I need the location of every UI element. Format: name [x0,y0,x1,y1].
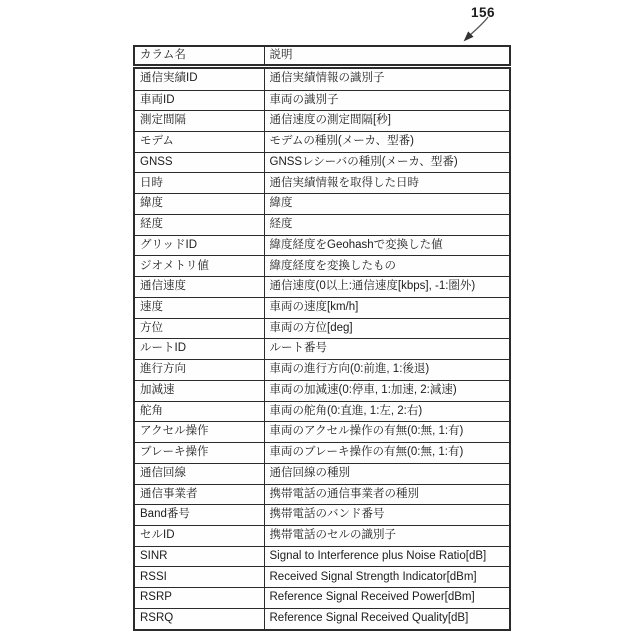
description-cell: 緯度 [264,194,510,215]
table-row: 経度 経度 [134,214,510,235]
description-cell: 車両のブレーキ操作の有無(0:無, 1:有) [264,443,510,464]
description-cell: 車両の加減速(0:停車, 1:加速, 2:減速) [264,380,510,401]
description-cell: 携帯電話の通信事業者の種別 [264,484,510,505]
table-row: 方位 車両の方位[deg] [134,318,510,339]
table-row: グリッドID 緯度経度をGeohashで変換した値 [134,235,510,256]
column-name-cell: Band番号 [134,505,264,526]
table-row: SINR Signal to Interference plus Noise R… [134,546,510,567]
description-cell: 車両の速度[km/h] [264,297,510,318]
column-name-cell: 進行方向 [134,360,264,381]
column-name-cell: 通信回線 [134,463,264,484]
description-cell: 通信速度(0以上:通信速度[kbps], -1:圏外) [264,277,510,298]
column-name-cell: RSRP [134,588,264,609]
column-name-header: カラム名 [134,46,264,66]
description-cell: 通信実績情報の識別子 [264,66,510,90]
description-cell: 車両の識別子 [264,90,510,111]
table-row: RSSI Received Signal Strength Indicator[… [134,567,510,588]
column-name-cell: ジオメトリ値 [134,256,264,277]
column-name-cell: 舵角 [134,401,264,422]
table-row: 速度 車両の速度[km/h] [134,297,510,318]
table-row: ブレーキ操作 車両のブレーキ操作の有無(0:無, 1:有) [134,443,510,464]
column-name-cell: アクセル操作 [134,422,264,443]
column-name-cell: 速度 [134,297,264,318]
column-name-cell: セルID [134,525,264,546]
column-name-cell: ルートID [134,339,264,360]
table-row: 通信事業者 携帯電話の通信事業者の種別 [134,484,510,505]
description-cell: 通信回線の種別 [264,463,510,484]
table-row: ジオメトリ値 緯度経度を変換したもの [134,256,510,277]
table-row: Band番号 携帯電話のバンド番号 [134,505,510,526]
table-row: RSRQ Reference Signal Received Quality[d… [134,608,510,630]
column-name-cell: GNSS [134,152,264,173]
table-row: 舵角 車両の舵角(0:直進, 1:左, 2:右) [134,401,510,422]
description-cell: 車両の方位[deg] [264,318,510,339]
description-cell: 通信速度の測定間隔[秒] [264,111,510,132]
table-header-row: カラム名 説明 [134,46,510,66]
table-row: RSRP Reference Signal Received Power[dBm… [134,588,510,609]
column-name-cell: グリッドID [134,235,264,256]
table-row: 加減速 車両の加減速(0:停車, 1:加速, 2:減速) [134,380,510,401]
description-cell: 車両の進行方向(0:前進, 1:後退) [264,360,510,381]
column-name-cell: 通信事業者 [134,484,264,505]
table-row: 緯度 緯度 [134,194,510,215]
column-name-cell: ブレーキ操作 [134,443,264,464]
column-name-cell: 加減速 [134,380,264,401]
description-cell: 通信実績情報を取得した日時 [264,173,510,194]
table-row: 通信実績ID 通信実績情報の識別子 [134,66,510,90]
table-row: GNSS GNSSレシーバの種別(メーカ、型番) [134,152,510,173]
description-cell: 経度 [264,214,510,235]
description-cell: 緯度経度をGeohashで変換した値 [264,235,510,256]
description-cell: ルート番号 [264,339,510,360]
description-cell: Signal to Interference plus Noise Ratio[… [264,546,510,567]
table-body: 通信実績ID 通信実績情報の識別子 車両ID 車両の識別子 測定間隔 通信速度の… [134,66,510,630]
description-cell: Reference Signal Received Quality[dB] [264,608,510,630]
description-cell: Reference Signal Received Power[dBm] [264,588,510,609]
patent-figure-page: 156 カラム名 説明 通信実績ID 通信実績情報の識別子 車両ID 車両の識別… [0,0,640,640]
description-cell: モデムの種別(メーカ、型番) [264,132,510,153]
column-name-cell: 通信実績ID [134,66,264,90]
table-row: セルID 携帯電話のセルの識別子 [134,525,510,546]
table-row: 日時 通信実績情報を取得した日時 [134,173,510,194]
column-name-cell: RSSI [134,567,264,588]
description-header: 説明 [264,46,510,66]
column-spec-table: カラム名 説明 通信実績ID 通信実績情報の識別子 車両ID 車両の識別子 測定… [133,45,511,631]
table-row: 車両ID 車両の識別子 [134,90,510,111]
description-cell: 車両の舵角(0:直進, 1:左, 2:右) [264,401,510,422]
table-row: 測定間隔 通信速度の測定間隔[秒] [134,111,510,132]
description-cell: Received Signal Strength Indicator[dBm] [264,567,510,588]
table-row: モデム モデムの種別(メーカ、型番) [134,132,510,153]
column-name-cell: モデム [134,132,264,153]
column-name-cell: 測定間隔 [134,111,264,132]
figure-pointer-arrow [452,15,496,47]
column-name-cell: 車両ID [134,90,264,111]
column-name-cell: 経度 [134,214,264,235]
column-name-cell: SINR [134,546,264,567]
column-name-cell: 緯度 [134,194,264,215]
table-row: アクセル操作 車両のアクセル操作の有無(0:無, 1:有) [134,422,510,443]
column-name-cell: 日時 [134,173,264,194]
description-cell: 携帯電話のセルの識別子 [264,525,510,546]
description-cell: GNSSレシーバの種別(メーカ、型番) [264,152,510,173]
column-name-cell: 方位 [134,318,264,339]
column-name-cell: 通信速度 [134,277,264,298]
description-cell: 緯度経度を変換したもの [264,256,510,277]
table-row: ルートID ルート番号 [134,339,510,360]
table-row: 通信速度 通信速度(0以上:通信速度[kbps], -1:圏外) [134,277,510,298]
column-name-cell: RSRQ [134,608,264,630]
description-cell: 車両のアクセル操作の有無(0:無, 1:有) [264,422,510,443]
table-row: 通信回線 通信回線の種別 [134,463,510,484]
table-row: 進行方向 車両の進行方向(0:前進, 1:後退) [134,360,510,381]
description-cell: 携帯電話のバンド番号 [264,505,510,526]
